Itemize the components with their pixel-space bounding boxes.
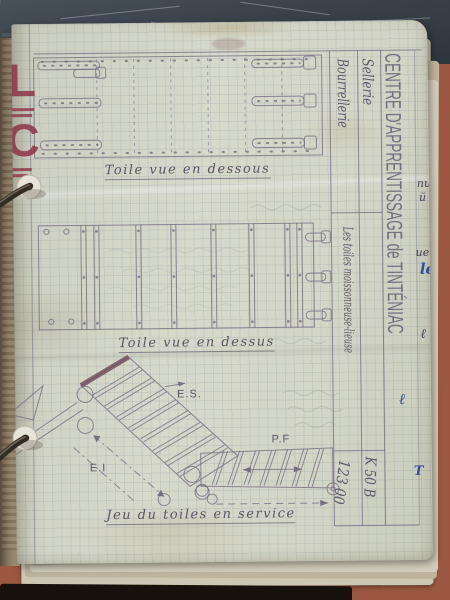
ring-bottom (0, 426, 43, 462)
photo-of-notebook: L C CENTRE D'APPRENTISSAGE de TINTÉNIAC … (0, 0, 450, 600)
binder-rings (0, 0, 450, 600)
ring-top (0, 175, 46, 208)
